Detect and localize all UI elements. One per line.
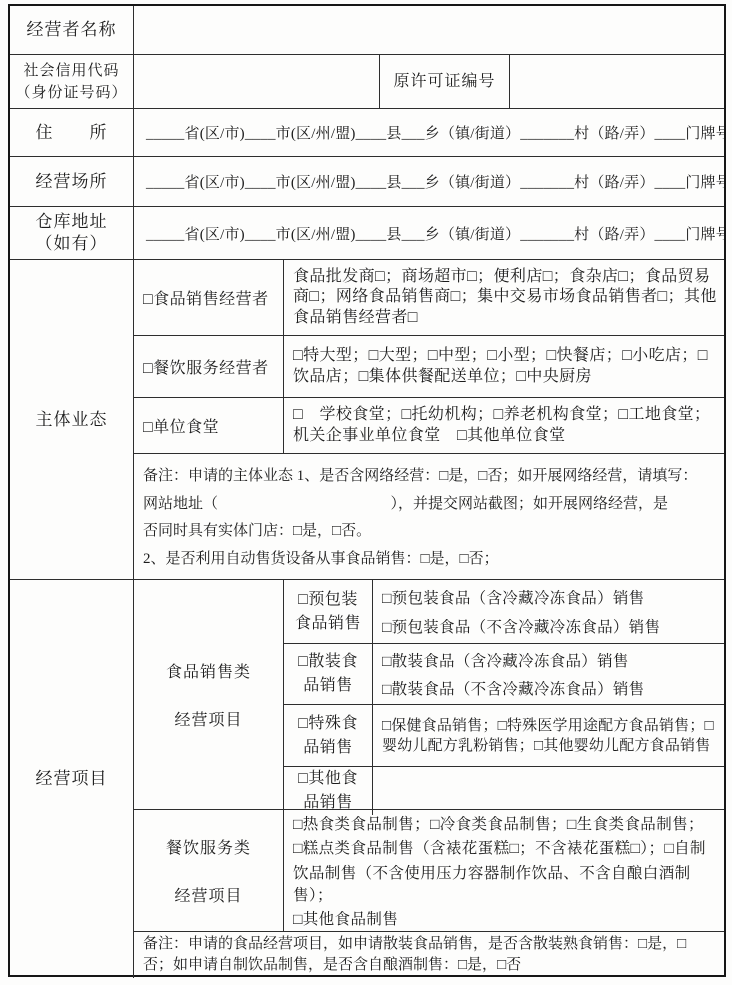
business-type-remark: 备注：申请的主体业态 1、是否含网络经营：□是，□否；如开展网络经营，请填写： … [134, 454, 724, 579]
warehouse-label: 仓库地址 （如有） [10, 207, 134, 259]
catering-item-line2-checkboxes[interactable]: □糕点类食品制售（含裱花蛋糕□；不含裱花蛋糕□）；□自制 [293, 836, 724, 858]
business-items-remark: 备注：申请的食品经营项目，如申请散装食品销售，是否含散装熟食销售：□是，□ 否；… [134, 932, 724, 978]
other-food-sales-empty-cell[interactable] [373, 767, 724, 815]
warehouse-label-line2: （如有） [36, 233, 108, 255]
canteen-category-checkbox[interactable]: □单位食堂 [134, 398, 284, 453]
row-warehouse: 仓库地址 （如有） _____省(区/市)____市(区/州/盟)____县__… [10, 207, 724, 260]
residence-address-input[interactable]: _____省(区/市)____市(区/州/盟)____县___乡（镇/街道）__… [134, 109, 724, 156]
special-food-row: □特殊食 品销售 □保健食品销售；□特殊医学用途配方食品销售；□婴幼儿配方乳粉销… [284, 705, 724, 767]
row-credit-code: 社会信用代码 （身份证号码） 原许可证编号 [10, 55, 724, 109]
other-food-sales-row: □其他食 品销售 [284, 767, 724, 815]
canteen-options-checkboxes[interactable]: □ 学校食堂；□托幼机构；□养老机构食堂；□工地食堂；机关企事业单位食堂 □其他… [284, 401, 724, 450]
bulk-food-checkbox[interactable]: □散装食 品销售 [284, 644, 373, 704]
business-type-remark-line3[interactable]: 否同时具有实体门店：□是，□否。 [143, 522, 720, 540]
row-premises: 经营场所 _____省(区/市)____市(区/州/盟)____县___乡（镇/… [10, 157, 724, 207]
food-sales-class-label-line1: 食品销售类 [166, 659, 251, 682]
catering-items-cell: □热食类食品制售；□冷食类食品制售；□生食类食品制售； □糕点类食品制售（含裱花… [284, 810, 724, 931]
premises-label: 经营场所 [10, 157, 134, 206]
catering-options-checkboxes[interactable]: □特大型；□大型；□中型；□小型；□快餐店；□小吃店；□饮品店；□集体供餐配送单… [284, 342, 724, 391]
premises-address-input[interactable]: _____省(区/市)____市(区/州/盟)____县___乡（镇/街道）__… [134, 157, 724, 206]
operator-name-label: 经营者名称 [10, 6, 134, 54]
prepackaged-cold-checkbox[interactable]: □预包装食品（含冷藏冷冻食品）销售 [382, 586, 724, 608]
business-type-section-label: 主体业态 [10, 260, 134, 579]
original-license-label: 原许可证编号 [380, 55, 510, 108]
business-type-row-food-seller: □食品销售经营者 食品批发商□；商场超市□；便利店□；食杂店□；食品贸易商□；网… [134, 260, 724, 336]
business-type-row-catering: □餐饮服务经营者 □特大型；□大型；□中型；□小型；□快餐店；□小吃店；□饮品店… [134, 336, 724, 398]
warehouse-label-line1: 仓库地址 [36, 211, 108, 233]
food-seller-category-checkbox[interactable]: □食品销售经营者 [134, 260, 284, 335]
bulk-cold-checkbox[interactable]: □散装食品（含冷藏冷冻食品）销售 [382, 649, 724, 671]
catering-class-label-line2: 经营项目 [174, 883, 242, 906]
food-sales-class-label: 食品销售类 经营项目 [134, 580, 284, 809]
bulk-food-options: □散装食品（含冷藏冷冻食品）销售 □散装食品（不含冷藏冷冻食品）销售 [373, 644, 724, 704]
catering-item-line4-checkbox[interactable]: □其他食品制售 [293, 907, 724, 929]
food-sales-subtable: □预包装 食品销售 □预包装食品（含冷藏冷冻食品）销售 □预包装食品（不含冷藏冷… [284, 580, 724, 809]
special-food-checkbox[interactable]: □特殊食 品销售 [284, 705, 373, 766]
row-business-type: 主体业态 □食品销售经营者 食品批发商□；商场超市□；便利店□；食杂店□；食品贸… [10, 260, 724, 580]
credit-code-label-line2: （身份证号码） [15, 82, 127, 104]
prepackaged-no-cold-checkbox[interactable]: □预包装食品（不含冷藏冷冻食品）销售 [382, 615, 724, 637]
row-business-items: 经营项目 食品销售类 经营项目 □预包装 食品销售 [10, 580, 724, 978]
food-sales-class-label-line2: 经营项目 [174, 707, 242, 730]
business-type-remark-line1[interactable]: 备注：申请的主体业态 1、是否含网络经营：□是，□否；如开展网络经营，请填写： [143, 467, 720, 485]
residence-label: 住 所 [10, 109, 134, 156]
business-type-remark-line4[interactable]: 2、是否利用自动售货设备从事食品销售：□是，□否； [143, 550, 720, 568]
bulk-no-cold-checkbox[interactable]: □散装食品（不含冷藏冷冻食品）销售 [382, 677, 724, 699]
credit-code-label: 社会信用代码 （身份证号码） [10, 55, 134, 108]
catering-class-label-line1: 餐饮服务类 [166, 835, 251, 858]
bulk-food-row: □散装食 品销售 □散装食品（含冷藏冷冻食品）销售 □散装食品（不含冷藏冷冻食品… [284, 644, 724, 705]
business-items-remark-line2[interactable]: 否；如申请自制饮品制售，是否含自酿酒制售：□是，□否 [143, 955, 720, 976]
warehouse-address-input[interactable]: _____省(区/市)____市(区/州/盟)____县___乡（镇/街道）__… [134, 207, 724, 259]
form-table: 经营者名称 社会信用代码 （身份证号码） 原许可证编号 住 所 _____省(区… [8, 4, 726, 977]
application-form-page: 经营者名称 社会信用代码 （身份证号码） 原许可证编号 住 所 _____省(区… [0, 0, 732, 985]
catering-item-line3-checkboxes[interactable]: 饮品制售（不含使用压力容器制作饮品、不含自酿白酒制售）； [293, 861, 724, 905]
prepackaged-food-checkbox[interactable]: □预包装 食品销售 [284, 580, 373, 643]
catering-category-checkbox[interactable]: □餐饮服务经营者 [134, 336, 284, 397]
food-sales-class-row: 食品销售类 经营项目 □预包装 食品销售 □预包装食品（含冷藏冷冻食品）销售 □… [134, 580, 724, 810]
business-items-remark-line1[interactable]: 备注：申请的食品经营项目，如申请散装食品销售，是否含散装熟食销售：□是，□ [143, 934, 720, 955]
other-food-sales-checkbox[interactable]: □其他食 品销售 [284, 767, 373, 815]
business-type-body: □食品销售经营者 食品批发商□；商场超市□；便利店□；食杂店□；食品贸易商□；网… [134, 260, 724, 579]
original-license-input[interactable] [510, 55, 724, 108]
business-type-remark-line2-website-input[interactable]: 网站地址（ ），并提交网站截图；如开展网络经营，是 [143, 495, 720, 513]
catering-class-row: 餐饮服务类 经营项目 □热食类食品制售；□冷食类食品制售；□生食类食品制售； □… [134, 810, 724, 932]
business-items-body: 食品销售类 经营项目 □预包装 食品销售 □预包装食品（含冷藏冷冻食品）销售 □… [134, 580, 724, 978]
catering-class-label: 餐饮服务类 经营项目 [134, 810, 284, 931]
row-operator-name: 经营者名称 [10, 6, 724, 55]
business-items-section-label: 经营项目 [10, 580, 134, 978]
prepackaged-food-options: □预包装食品（含冷藏冷冻食品）销售 □预包装食品（不含冷藏冷冻食品）销售 [373, 580, 724, 643]
catering-item-line1-checkboxes[interactable]: □热食类食品制售；□冷食类食品制售；□生食类食品制售； [293, 812, 724, 834]
prepackaged-food-row: □预包装 食品销售 □预包装食品（含冷藏冷冻食品）销售 □预包装食品（不含冷藏冷… [284, 580, 724, 644]
credit-code-input[interactable] [134, 55, 380, 108]
special-food-options-checkboxes[interactable]: □保健食品销售；□特殊医学用途配方食品销售；□婴幼儿配方乳粉销售；□其他婴幼儿配… [373, 705, 724, 766]
credit-code-label-line1: 社会信用代码 [23, 60, 119, 82]
row-residence: 住 所 _____省(区/市)____市(区/州/盟)____县___乡（镇/街… [10, 109, 724, 157]
operator-name-input[interactable] [134, 6, 724, 54]
business-type-row-canteen: □单位食堂 □ 学校食堂；□托幼机构；□养老机构食堂；□工地食堂；机关企事业单位… [134, 398, 724, 454]
food-seller-options-checkboxes[interactable]: 食品批发商□；商场超市□；便利店□；食杂店□；食品贸易商□；网络食品销售商□；集… [284, 263, 724, 333]
